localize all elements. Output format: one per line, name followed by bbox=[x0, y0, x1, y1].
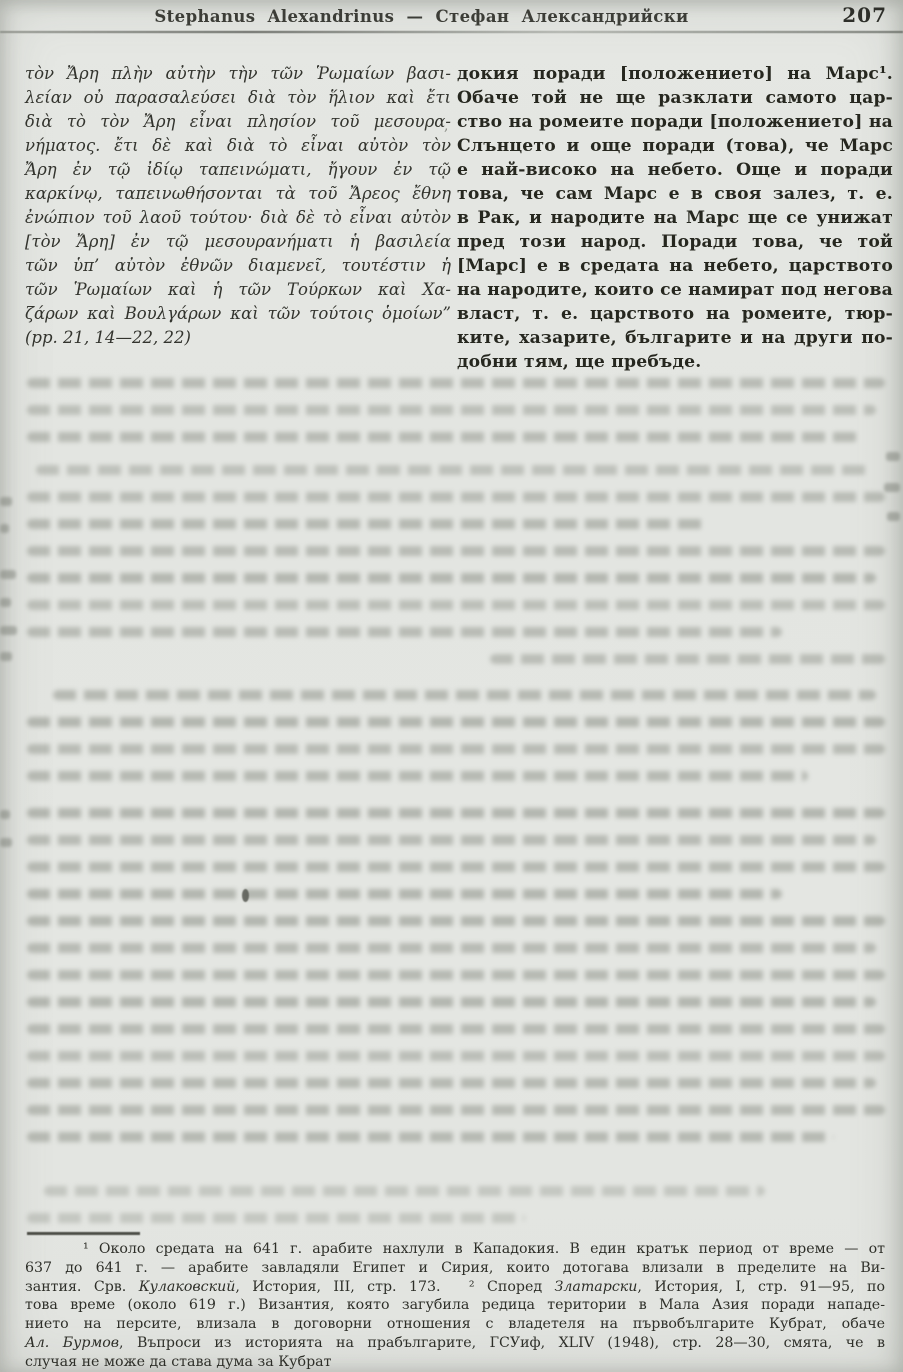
faded-text-line bbox=[27, 744, 885, 754]
faded-text-line bbox=[27, 1105, 885, 1115]
footnote-text: случая не може да става дума за Кубрат bbox=[25, 1354, 331, 1370]
faded-text-line bbox=[27, 717, 885, 727]
faded-text-line bbox=[27, 378, 885, 388]
footnote-text: , История, III, стр. 173. ² Според bbox=[235, 1279, 554, 1295]
edge-smudge-artifact bbox=[887, 512, 900, 521]
bulgarian-text-line: ките, хазарите, българите и на други по- bbox=[457, 326, 893, 350]
faded-text-line bbox=[27, 519, 705, 529]
bulgarian-text-line: в Рак, и народите на Марс ще се унижат bbox=[457, 206, 893, 230]
greek-text-line: ἐνώπιον τοῦ λαοῦ τούτου· διὰ δὲ τὸ εἶναι… bbox=[25, 206, 451, 230]
faded-text-line bbox=[27, 1051, 885, 1061]
edge-smudge-artifact bbox=[884, 483, 900, 492]
faded-paragraph bbox=[27, 378, 885, 442]
footnote-separator-rule bbox=[27, 1232, 140, 1235]
faded-text-line bbox=[27, 997, 876, 1007]
greek-text-line: (pp. 21, 14—22, 22) bbox=[25, 326, 451, 350]
faded-text-line bbox=[27, 405, 876, 415]
bulgarian-text-line: Обаче той не ще разклати самото цар- bbox=[457, 86, 893, 110]
faded-text-line bbox=[27, 862, 885, 872]
edge-smudge-artifact bbox=[0, 652, 12, 661]
footnote-author-name: Златарски bbox=[555, 1279, 638, 1295]
faded-text-line bbox=[27, 970, 885, 980]
bulgarian-text-line: добни тям, ще пребъде. bbox=[457, 350, 893, 374]
footnote-line: Ал. Бурмов, Въпроси из историята на праб… bbox=[25, 1334, 885, 1353]
footnote-text: зантия. Срв. bbox=[25, 1279, 139, 1295]
greek-text-line: καρκίνῳ, ταπεινωθήσονται τὰ τοῦ Ἄρεος ἔθ… bbox=[25, 182, 451, 206]
footnote-text: това време (около 619 г.) Византия, коят… bbox=[25, 1297, 885, 1313]
faded-text-line bbox=[27, 627, 782, 637]
faded-text-line bbox=[27, 432, 859, 442]
bulgarian-text-line: Слънцето и още поради (това), че Марс bbox=[457, 134, 893, 158]
faded-text-line bbox=[36, 465, 868, 475]
faded-paragraph bbox=[27, 546, 885, 637]
faded-text-line bbox=[27, 492, 885, 502]
illegible-faded-text-section bbox=[27, 378, 885, 1240]
faded-text-line bbox=[27, 889, 782, 899]
edge-smudge-artifact bbox=[0, 838, 12, 847]
bulgarian-text-line: [Марс] е в средата на небето, царството bbox=[457, 254, 893, 278]
bulgarian-text-line: докия поради [положението] на Марс¹. bbox=[457, 62, 893, 86]
header-rule bbox=[0, 31, 903, 33]
faded-paragraph bbox=[27, 798, 885, 899]
faded-text-line bbox=[27, 808, 885, 818]
edge-smudge-artifact bbox=[0, 598, 11, 607]
greek-text-line: τῶν Ῥωμαίων καὶ ἡ τῶν Τούρκων καὶ Χα- bbox=[25, 278, 451, 302]
greek-text-line: τῶν ὑπ’ αὐτὸν ἐθνῶν διαμενεῖ, τουτέστιν … bbox=[25, 254, 451, 278]
footnote-text: , Въпроси из историята на прабългарите, … bbox=[119, 1335, 885, 1351]
faded-text-line bbox=[27, 916, 885, 926]
scanned-book-page: Stephanus Alexandrinus — Стефан Александ… bbox=[0, 0, 903, 1372]
edge-smudge-artifact bbox=[0, 810, 10, 819]
footnote-line: случая не може да става дума за Кубрат bbox=[25, 1353, 885, 1372]
bulgarian-text-line: на народите, които се намират под негова bbox=[457, 278, 893, 302]
footnote-line: зантия. Срв. Кулаковский, История, III, … bbox=[25, 1278, 885, 1297]
greek-text-column: τὸν Ἄρη πλὴν αὐτὴν τὴν τῶν Ῥωμαίων βασι-… bbox=[25, 62, 451, 350]
faded-paragraph bbox=[27, 1159, 885, 1223]
faded-text-line bbox=[27, 1213, 525, 1223]
edge-smudge-artifact bbox=[886, 452, 900, 461]
greek-text-line: νήματος. ἔτι δὲ καὶ διὰ τὸ εἶναι αὐτὸν τ… bbox=[25, 134, 451, 158]
greek-text-line: Ἄρη ἐν τῷ ἰδίῳ ταπεινώματι, ἤγουν ἐν τῷ bbox=[25, 158, 451, 182]
greek-text-line: λείαν οὐ παρασαλεύσει διὰ τὸν ἥλιον καὶ … bbox=[25, 86, 451, 110]
faded-text-line bbox=[27, 1132, 834, 1142]
footnote-text: , История, I, стр. 91—95, по bbox=[637, 1279, 885, 1295]
faded-text-line bbox=[53, 690, 877, 700]
page-number: 207 bbox=[842, 3, 887, 27]
faded-paragraph bbox=[27, 654, 885, 664]
bulgarian-text-line: е най-високо на небето. Още и поради bbox=[457, 158, 893, 182]
ink-blob-artifact bbox=[242, 889, 249, 902]
bulgarian-text-line: пред този народ. Поради това, че той bbox=[457, 230, 893, 254]
footnote-text: нието на персите, влизала в договорни от… bbox=[25, 1316, 885, 1332]
faded-text-line bbox=[27, 1078, 876, 1088]
greek-text-line: τὸν Ἄρη πλὴν αὐτὴν τὴν τῶν Ῥωμαίων βασι- bbox=[25, 62, 451, 86]
faded-paragraph bbox=[27, 459, 885, 529]
faded-text-line bbox=[490, 654, 885, 664]
faded-text-line bbox=[27, 835, 876, 845]
faded-text-line bbox=[27, 1024, 885, 1034]
greek-text-line: ζάρων καὶ Βουλγάρων καὶ τῶν τούτοις ὁμοί… bbox=[25, 302, 451, 326]
edge-smudge-artifact bbox=[0, 570, 16, 579]
bulgarian-text-line: това, че сам Марс е в своя залез, т. е. bbox=[457, 182, 893, 206]
faded-text-line bbox=[27, 943, 876, 953]
footnote-line: нието на персите, влизала в договорни от… bbox=[25, 1315, 885, 1334]
faded-text-line bbox=[27, 771, 808, 781]
edge-smudge-artifact bbox=[0, 497, 12, 506]
footnote-line: ¹ Около средата на 641 г. арабите нахлул… bbox=[25, 1240, 885, 1259]
footnotes-block: ¹ Около средата на 641 г. арабите нахлул… bbox=[25, 1240, 885, 1372]
faded-text-line bbox=[44, 1186, 765, 1196]
running-title: Stephanus Alexandrinus — Стефан Александ… bbox=[0, 7, 843, 26]
greek-text-line: διὰ τὸ τὸν Ἄρη εἶναι πλησίον τοῦ μεσουρα… bbox=[25, 110, 451, 134]
faded-text-line bbox=[27, 546, 885, 556]
bulgarian-text-line: ство на ромеите поради [положението] на bbox=[457, 110, 893, 134]
gutter-comma-artifact: , bbox=[444, 118, 448, 134]
edge-smudge-artifact bbox=[0, 626, 17, 635]
footnote-text: 637 до 641 г. — арабите завладяли Египет… bbox=[25, 1260, 885, 1276]
footnote-author-name: Ал. Бурмов bbox=[25, 1335, 119, 1351]
greek-text-line: [τὸν Ἄρη] ἐν τῷ μεσουρανήματι ἡ βασιλεία bbox=[25, 230, 451, 254]
faded-paragraph bbox=[27, 681, 885, 781]
faded-text-line bbox=[27, 573, 876, 583]
footnote-text: ¹ Около средата на 641 г. арабите нахлул… bbox=[83, 1241, 885, 1257]
faded-paragraph bbox=[27, 916, 885, 1142]
bulgarian-text-line: власт, т. е. царството на ромеите, тюр- bbox=[457, 302, 893, 326]
footnote-author-name: Кулаковский bbox=[139, 1279, 236, 1295]
edge-smudge-artifact bbox=[0, 524, 9, 533]
bulgarian-text-column: докия поради [положението] на Марс¹.Обач… bbox=[457, 62, 893, 374]
footnote-line: това време (около 619 г.) Византия, коят… bbox=[25, 1296, 885, 1315]
faded-text-line bbox=[27, 600, 885, 610]
footnote-line: 637 до 641 г. — арабите завладяли Египет… bbox=[25, 1259, 885, 1278]
